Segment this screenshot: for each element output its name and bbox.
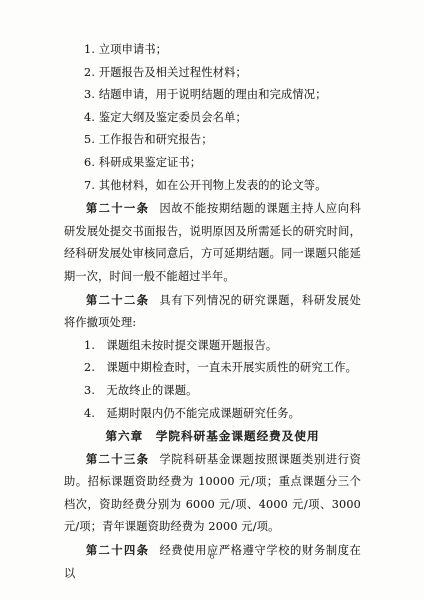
chapter-heading: 第六章 学院科研基金课题经费及使用: [64, 425, 361, 448]
article-21-paragraph: 第二十一条因故不能按期结题的课题主持人应向科研发展处提交书面报告，说明原因及所需…: [64, 197, 361, 288]
page-body: 1. 立项申请书； 2. 开题报告及相关过程性材料； 3. 结题申请，用于说明结…: [64, 39, 361, 585]
list-item-4: 4. 鉴定大纲及鉴定委员会名单；: [64, 107, 361, 130]
article-24-paragraph: 第二十四条经费使用应严格遵守学校的财务制度在以: [64, 539, 361, 585]
article-22-paragraph: 第二十二条具有下列情况的研究课题，科研发展处将作撤项处理:: [64, 289, 361, 335]
article-22-item-1: 1. 课题组未按时提交课题开题报告。: [64, 335, 361, 358]
article-22-item-3: 3. 无故终止的课题。: [64, 380, 361, 403]
list-item-3: 3. 结题申请，用于说明结题的理由和完成情况；: [64, 84, 361, 107]
article-23-paragraph: 第二十三条学院科研基金课题按照课题类别进行资助。招标课题资助经费为 10000 …: [64, 448, 361, 539]
article-22-number: 第二十二条: [86, 293, 149, 307]
list-item-5: 5. 工作报告和研究报告；: [64, 129, 361, 152]
document-page: 1. 立项申请书； 2. 开题报告及相关过程性材料； 3. 结题申请，用于说明结…: [0, 0, 424, 600]
article-22-item-4: 4. 延期时限内仍不能完成课题研究任务。: [64, 403, 361, 426]
article-22-item-2: 2. 课题中期检查时，一直未开展实质性的研究工作。: [64, 357, 361, 380]
list-item-6: 6. 科研成果鉴定证书；: [64, 152, 361, 175]
list-item-1: 1. 立项申请书；: [64, 39, 361, 62]
article-23-number: 第二十三条: [86, 452, 149, 466]
list-item-7: 7. 其他材料，如在公开刊物上发表的的论文等。: [64, 175, 361, 198]
list-item-2: 2. 开题报告及相关过程性材料；: [64, 62, 361, 85]
page-number: 6: [0, 552, 424, 561]
article-21-number: 第二十一条: [86, 201, 149, 215]
